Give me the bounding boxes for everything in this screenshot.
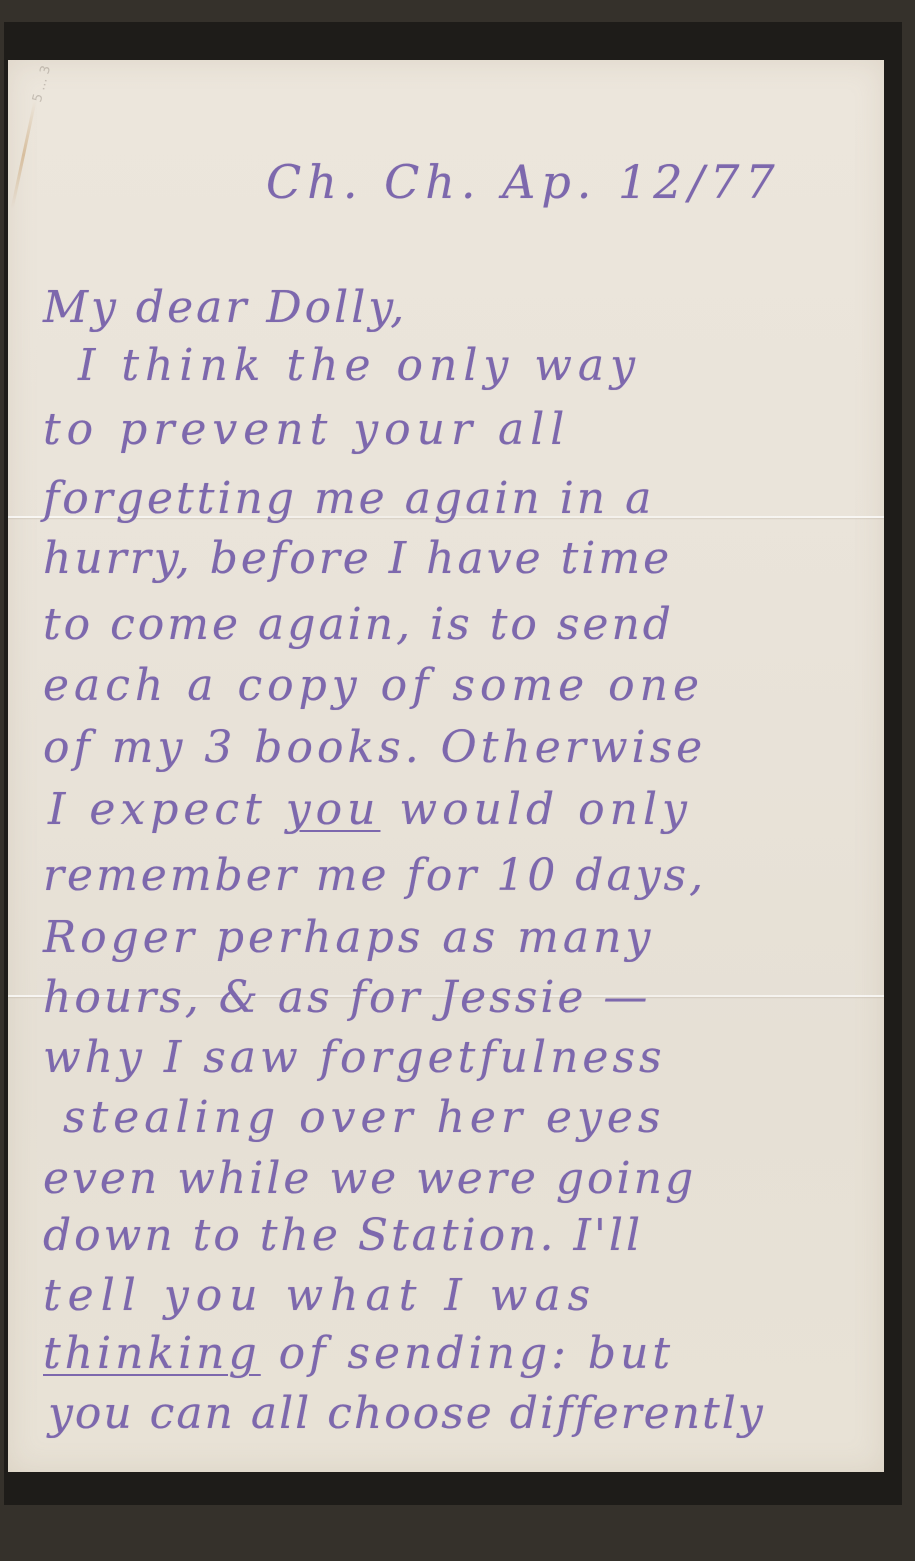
letter-header-date: Ch. Ch. Ap. 12/77 [266,155,781,209]
letter-line: I expect you would only [48,784,692,835]
letter-line: remember me for 10 days, [43,850,706,901]
letter-line: why I saw forgetfulness [43,1032,666,1083]
pencil-annotation: 5 ... 3 [30,64,54,104]
letter-page: 5 ... 3 Ch. Ch. Ap. 12/77 My dear Dolly,… [8,60,884,1472]
underlined-word-you: you [286,784,381,835]
underlined-word-thinking: thinking [43,1328,261,1379]
letter-line: stealing over her eyes [63,1092,666,1143]
letter-text: of sending: but [261,1328,674,1379]
letter-text: I expect [48,784,286,835]
letter-line: to prevent your all [43,404,570,455]
letter-line: down to the Station. I'll [43,1210,643,1261]
letter-line: of my 3 books. Otherwise [43,722,706,773]
letter-line: I think the only way [78,340,641,391]
letter-line: hurry, before I have time [43,533,672,584]
letter-line: to come again, is to send [43,599,674,650]
letter-line: even while we were going [43,1153,696,1204]
letter-text: would only [380,784,691,835]
letter-line: each a copy of some one [43,660,704,711]
letter-line: hours, & as for Jessie — [43,972,650,1023]
letter-line: thinking of sending: but [43,1328,674,1379]
paper-stain [11,101,37,209]
letter-line: forgetting me again in a [43,473,654,524]
letter-line: Roger perhaps as many [43,912,654,963]
letter-line: you can all choose differently [48,1388,765,1439]
letter-salutation: My dear Dolly, [43,282,407,333]
letter-line: tell you what I was [43,1270,597,1321]
